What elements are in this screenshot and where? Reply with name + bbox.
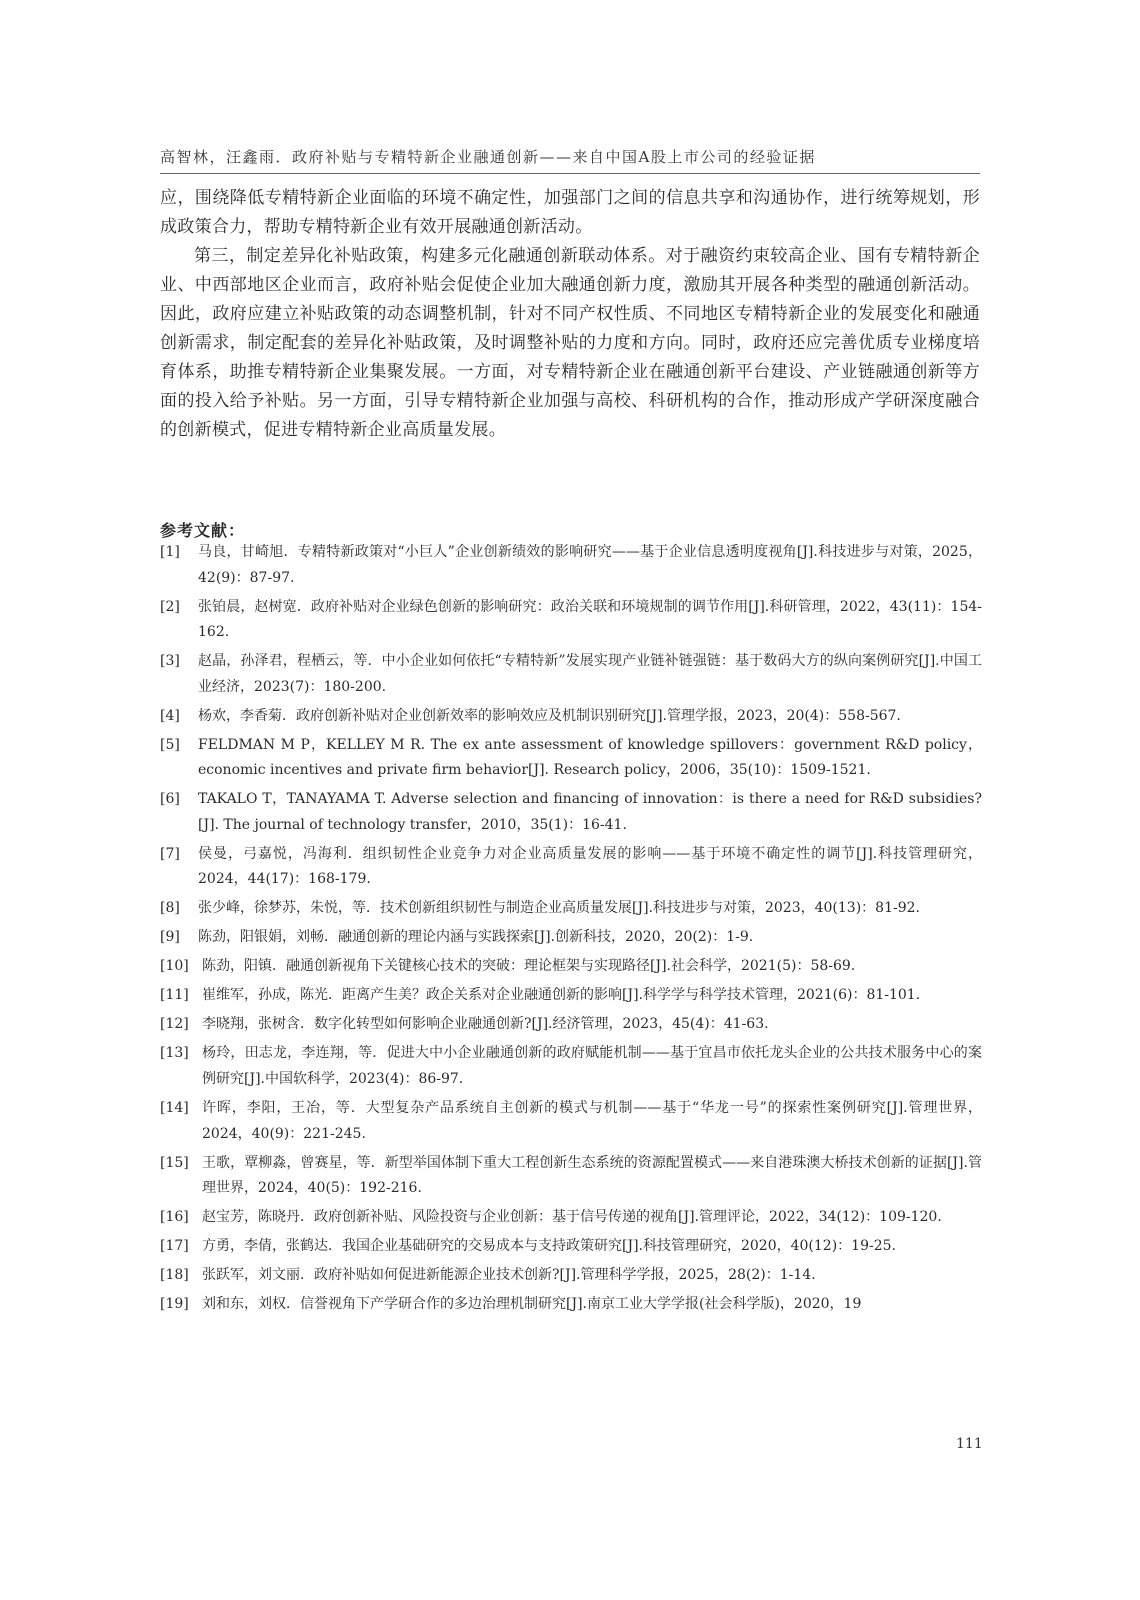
reference-number: [3] bbox=[160, 649, 198, 700]
reference-text: 许晖，李阳，王冶，等．大型复杂产品系统自主创新的模式与机制——基于“华龙一号”的… bbox=[202, 1096, 982, 1147]
reference-item: [16]赵宝芳，陈晓丹．政府创新补贴、风险投资与企业创新：基于信号传递的视角[J… bbox=[160, 1205, 982, 1231]
reference-number: [14] bbox=[160, 1096, 202, 1147]
reference-text: TAKALO T，TANAYAMA T. Adverse selection a… bbox=[198, 787, 982, 838]
reference-text: FELDMAN M P，KELLEY M R. The ex ante asse… bbox=[198, 733, 982, 784]
reference-item: [6]TAKALO T，TANAYAMA T. Adverse selectio… bbox=[160, 787, 982, 838]
reference-number: [5] bbox=[160, 733, 198, 784]
reference-number: [15] bbox=[160, 1151, 202, 1202]
reference-item: [8]张少峰，徐梦苏，朱悦，等．技术创新组织韧性与制造企业高质量发展[J].科技… bbox=[160, 896, 982, 922]
reference-text: 陈劲，阳镇．融通创新视角下关键核心技术的突破：理论框架与实现路径[J].社会科学… bbox=[202, 954, 982, 980]
reference-text: 赵晶，孙泽君，程栖云，等．中小企业如何依托“专精特新”发展实现产业链补链强链：基… bbox=[198, 649, 982, 700]
reference-item: [19]刘和东，刘权．信誉视角下产学研合作的多边治理机制研究[J].南京工业大学… bbox=[160, 1292, 982, 1318]
reference-item: [13]杨玲，田志龙，李连翔，等．促进大中小企业融通创新的政府赋能机制——基于宜… bbox=[160, 1041, 982, 1092]
reference-text: 王歌，覃柳淼，曾赛星，等．新型举国体制下重大工程创新生态系统的资源配置模式——来… bbox=[202, 1151, 982, 1202]
reference-text: 崔维军，孙成，陈光．距离产生美？政企关系对企业融通创新的影响[J].科学学与科学… bbox=[202, 983, 982, 1009]
reference-item: [9]陈劲，阳银娟，刘畅．融通创新的理论内涵与实践探索[J].创新科技，2020… bbox=[160, 925, 982, 951]
reference-item: [17]方勇，李倩，张鹤达．我国企业基础研究的交易成本与支持政策研究[J].科技… bbox=[160, 1234, 982, 1260]
reference-item: [7]侯曼，弓嘉悦，冯海利．组织韧性企业竞争力对企业高质量发展的影响——基于环境… bbox=[160, 842, 982, 893]
reference-text: 李晓翔，张树含．数字化转型如何影响企业融通创新?[J].经济管理，2023，45… bbox=[202, 1012, 982, 1038]
references-title: 参考文献： bbox=[160, 518, 245, 541]
reference-item: [2]张铂晨，赵树宽．政府补贴对企业绿色创新的影响研究：政治关联和环境规制的调节… bbox=[160, 595, 982, 646]
reference-item: [14]许晖，李阳，王冶，等．大型复杂产品系统自主创新的模式与机制——基于“华龙… bbox=[160, 1096, 982, 1147]
reference-item: [1]马良，甘崎旭．专精特新政策对“小巨人”企业创新绩效的影响研究——基于企业信… bbox=[160, 540, 982, 591]
reference-number: [18] bbox=[160, 1263, 202, 1289]
reference-item: [18]张跃军，刘文丽．政府补贴如何促进新能源企业技术创新?[J].管理科学学报… bbox=[160, 1263, 982, 1289]
reference-text: 张铂晨，赵树宽．政府补贴对企业绿色创新的影响研究：政治关联和环境规制的调节作用[… bbox=[198, 595, 982, 646]
reference-number: [8] bbox=[160, 896, 198, 922]
reference-text: 赵宝芳，陈晓丹．政府创新补贴、风险投资与企业创新：基于信号传递的视角[J].管理… bbox=[202, 1205, 982, 1231]
reference-number: [4] bbox=[160, 704, 198, 730]
reference-text: 张少峰，徐梦苏，朱悦，等．技术创新组织韧性与制造企业高质量发展[J].科技进步与… bbox=[198, 896, 982, 922]
reference-text: 马良，甘崎旭．专精特新政策对“小巨人”企业创新绩效的影响研究——基于企业信息透明… bbox=[198, 540, 982, 591]
reference-number: [12] bbox=[160, 1012, 202, 1038]
reference-number: [19] bbox=[160, 1292, 202, 1318]
reference-number: [11] bbox=[160, 983, 202, 1009]
reference-item: [10]陈劲，阳镇．融通创新视角下关键核心技术的突破：理论框架与实现路径[J].… bbox=[160, 954, 982, 980]
reference-number: [13] bbox=[160, 1041, 202, 1092]
reference-text: 杨欢，李香菊．政府创新补贴对企业创新效率的影响效应及机制识别研究[J].管理学报… bbox=[198, 704, 982, 730]
body-paragraph: 第三，制定差异化补贴政策，构建多元化融通创新联动体系。对于融资约束较高企业、国有… bbox=[160, 242, 980, 445]
reference-item: [12]李晓翔，张树含．数字化转型如何影响企业融通创新?[J].经济管理，202… bbox=[160, 1012, 982, 1038]
reference-item: [5]FELDMAN M P，KELLEY M R. The ex ante a… bbox=[160, 733, 982, 784]
reference-number: [10] bbox=[160, 954, 202, 980]
body-text: 应，围绕降低专精特新企业面临的环境不确定性，加强部门之间的信息共享和沟通协作，进… bbox=[160, 184, 980, 445]
reference-item: [15]王歌，覃柳淼，曾赛星，等．新型举国体制下重大工程创新生态系统的资源配置模… bbox=[160, 1151, 982, 1202]
reference-number: [17] bbox=[160, 1234, 202, 1260]
reference-text: 方勇，李倩，张鹤达．我国企业基础研究的交易成本与支持政策研究[J].科技管理研究… bbox=[202, 1234, 982, 1260]
reference-number: [7] bbox=[160, 842, 198, 893]
reference-item: [4]杨欢，李香菊．政府创新补贴对企业创新效率的影响效应及机制识别研究[J].管… bbox=[160, 704, 982, 730]
reference-number: [6] bbox=[160, 787, 198, 838]
page-number: 111 bbox=[956, 1436, 983, 1452]
references-list: [1]马良，甘崎旭．专精特新政策对“小巨人”企业创新绩效的影响研究——基于企业信… bbox=[160, 540, 982, 1321]
reference-number: [16] bbox=[160, 1205, 202, 1231]
reference-text: 陈劲，阳银娟，刘畅．融通创新的理论内涵与实践探索[J].创新科技，2020，20… bbox=[198, 925, 982, 951]
reference-number: [2] bbox=[160, 595, 198, 646]
header-rule bbox=[160, 173, 980, 174]
reference-item: [11]崔维军，孙成，陈光．距离产生美？政企关系对企业融通创新的影响[J].科学… bbox=[160, 983, 982, 1009]
running-head: 高智林，汪鑫雨．政府补贴与专精特新企业融通创新——来自中国A股上市公司的经验证据 bbox=[160, 146, 980, 167]
reference-number: [1] bbox=[160, 540, 198, 591]
reference-number: [9] bbox=[160, 925, 198, 951]
reference-text: 杨玲，田志龙，李连翔，等．促进大中小企业融通创新的政府赋能机制——基于宜昌市依托… bbox=[202, 1041, 982, 1092]
reference-text: 侯曼，弓嘉悦，冯海利．组织韧性企业竞争力对企业高质量发展的影响——基于环境不确定… bbox=[198, 842, 982, 893]
body-paragraph: 应，围绕降低专精特新企业面临的环境不确定性，加强部门之间的信息共享和沟通协作，进… bbox=[160, 184, 980, 242]
reference-text: 刘和东，刘权．信誉视角下产学研合作的多边治理机制研究[J].南京工业大学学报(社… bbox=[202, 1292, 982, 1318]
reference-text: 张跃军，刘文丽．政府补贴如何促进新能源企业技术创新?[J].管理科学学报，202… bbox=[202, 1263, 982, 1289]
reference-item: [3]赵晶，孙泽君，程栖云，等．中小企业如何依托“专精特新”发展实现产业链补链强… bbox=[160, 649, 982, 700]
